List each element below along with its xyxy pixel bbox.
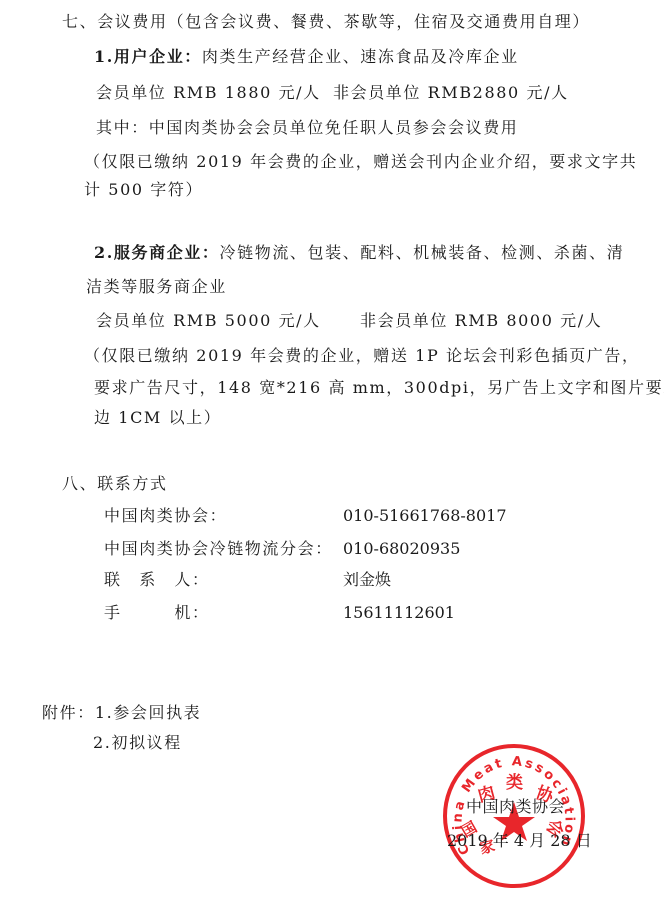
contact-value: 15611112601: [343, 603, 455, 623]
user-benefit-line1: （仅限已缴纳 2019 年会费的企业，赠送会刊内企业介绍，要求文字共: [84, 152, 637, 172]
attachment-item: 2.初拟议程: [93, 733, 182, 753]
user-fee-note: 其中：中国肉类协会会员单位免任职人员参会会议费用: [96, 118, 518, 138]
service-enterprise-line: 2.服务商企业：冷链物流、包装、配料、机械装备、检测、杀菌、清: [94, 243, 624, 263]
user-enterprise-line: 1.用户企业：肉类生产经营企业、速冻食品及冷库企业: [94, 47, 519, 67]
contact-label: 手 机：: [104, 603, 210, 623]
signature-org: 中国肉类协会: [466, 797, 565, 817]
user-benefit-line2: 计 500 字符）: [84, 180, 203, 200]
section7-heading: 七、会议费用（包含会议费、餐费、茶歇等，住宿及交通费用自理）: [62, 12, 590, 32]
attachment-item: 1.参会回执表: [95, 703, 201, 722]
contact-label: 中国肉类协会冷链物流分会：: [104, 539, 333, 559]
section8-heading: 八、联系方式: [62, 474, 168, 494]
service-enterprise-desc: 冷链物流、包装、配料、机械装备、检测、杀菌、清: [220, 243, 625, 262]
attachments-line1: 附件：1.参会回执表: [42, 703, 201, 723]
service-nonmember-fee: 非会员单位 RMB 8000 元/人: [360, 311, 602, 331]
contact-label: 联 系 人：: [104, 570, 210, 590]
contact-value: 010-51661768-8017: [343, 506, 507, 526]
service-benefit-line1: （仅限已缴纳 2019 年会费的企业，赠送 1P 论坛会刊彩色插页广告，: [84, 346, 640, 366]
attachments-label: 附件：: [42, 703, 95, 722]
user-member-fee: 会员单位 RMB 1880 元/人: [96, 83, 321, 103]
service-benefit-line2: 要求广告尺寸，148 宽*216 高 mm，300dpi，另广告上文字和图片要距: [94, 378, 664, 398]
user-nonmember-fee: 非会员单位 RMB2880 元/人: [333, 83, 569, 103]
service-enterprise-label: 2.服务商企业：: [94, 243, 220, 262]
signature-date: 2019 年 4 月 28 日: [447, 831, 592, 851]
contact-value: 刘金焕: [343, 570, 391, 590]
service-benefit-line3: 边 1CM 以上）: [94, 408, 221, 428]
svg-text:类: 类: [506, 773, 523, 793]
user-enterprise-desc: 肉类生产经营企业、速冻食品及冷库企业: [202, 47, 519, 66]
service-member-fee: 会员单位 RMB 5000 元/人: [96, 311, 321, 331]
contact-value: 010-68020935: [343, 539, 460, 559]
service-desc-line2: 洁类等服务商企业: [86, 277, 227, 297]
user-enterprise-label: 1.用户企业：: [94, 47, 202, 66]
contact-label: 中国肉类协会：: [104, 506, 227, 526]
